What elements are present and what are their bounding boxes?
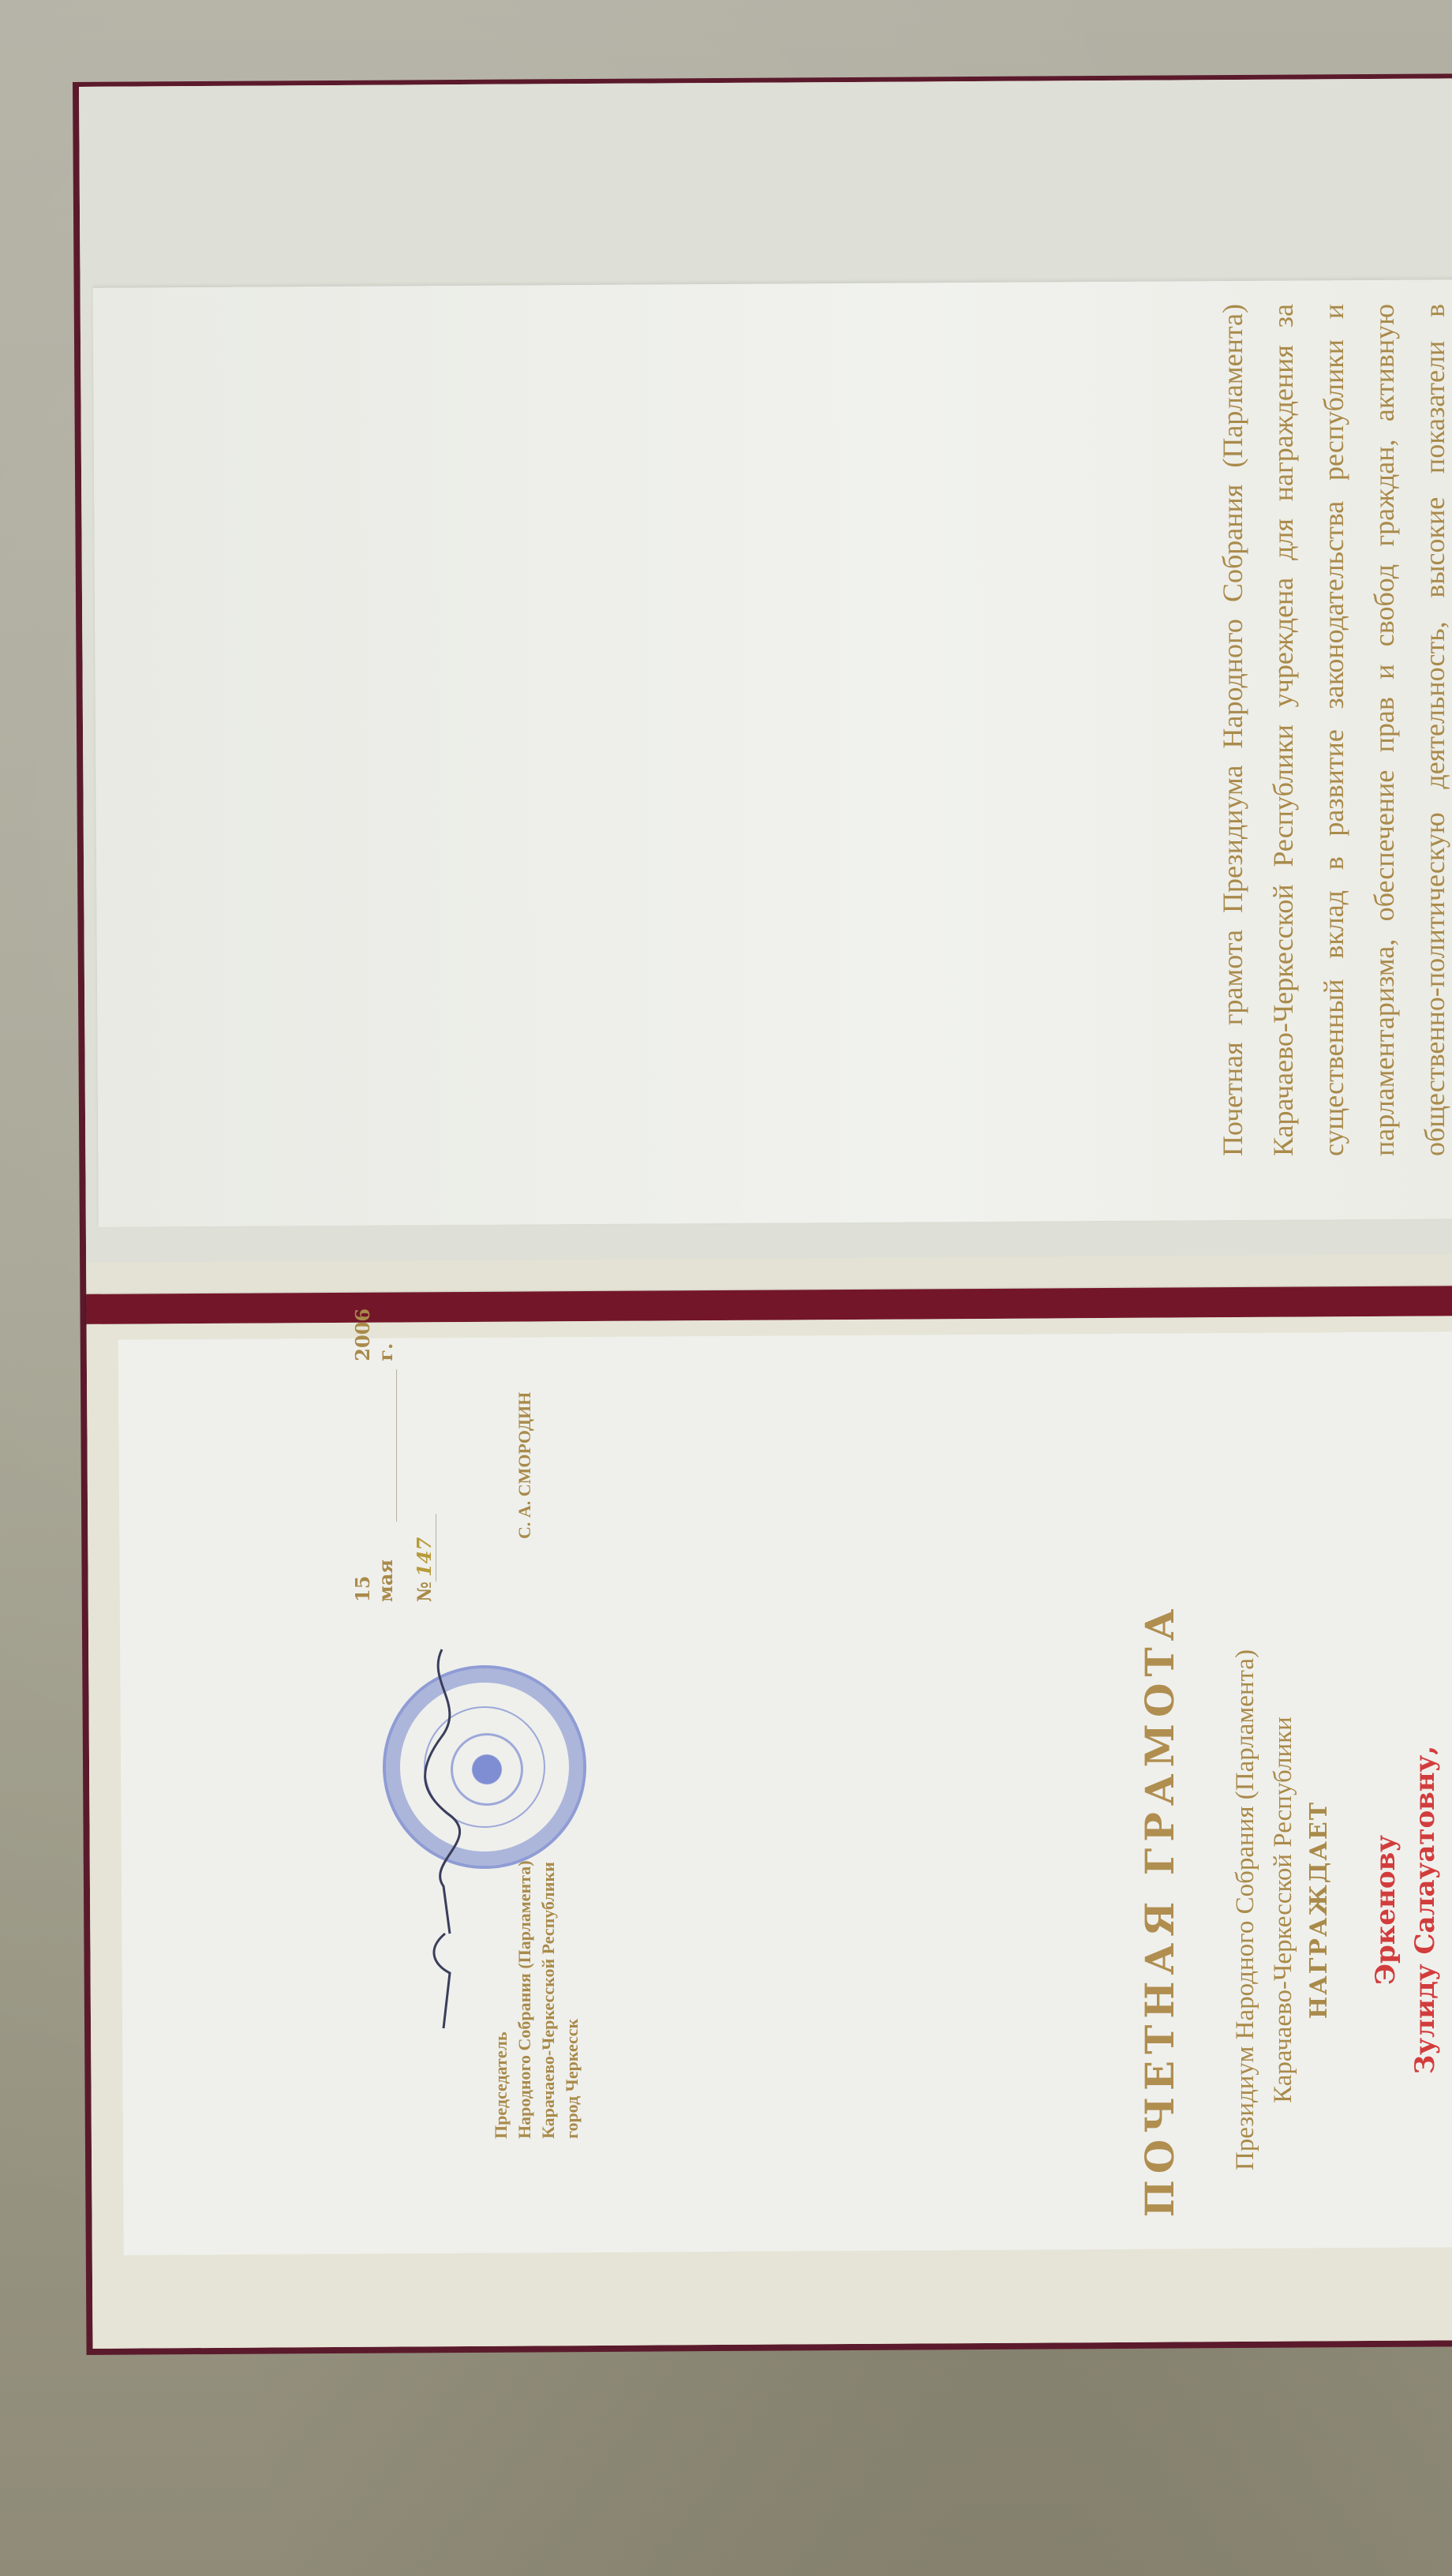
date-year: 2006 г.: [351, 1286, 397, 1361]
issuer: Президиум Народного Собрания (Парламента…: [1226, 1389, 1302, 2431]
certificate-body: ПОЧЕТНАЯ ГРАМОТА Президиум Народного Соб…: [1136, 1389, 1452, 2431]
description-text: Почетная грамота Президиума Народного Со…: [1207, 304, 1452, 1156]
recipient: Эркенову Зулиду Салауатовну,: [1366, 1389, 1445, 2431]
date-blank-line: [396, 1369, 397, 1522]
recipient-name: Зулиду Салауатовну,: [1405, 1389, 1445, 2431]
date-day-month: 15 мая: [351, 1529, 397, 1602]
signatory-block: Председатель Народного Собрания (Парламе…: [489, 1350, 584, 2139]
awards-verb: НАГРАЖДАЕТ: [1305, 1389, 1333, 2431]
signatory-name: С. А. СМОРОДИН: [513, 1392, 537, 1539]
number-label: №: [413, 1582, 436, 1602]
issuer-line-2: Карачаево-Черкесской Республики: [1264, 1389, 1302, 2431]
signature-icon: [395, 1618, 489, 2060]
city: город Черкесск: [560, 1350, 584, 2139]
issue-date-block: 15 мая 2006 г. № 147: [351, 1286, 436, 1602]
certificate-number: 147: [413, 1514, 436, 1582]
signatory-title-3: Карачаево-Черкесской Республики: [537, 1350, 560, 2139]
signatory-title-1: Председатель: [489, 1350, 513, 2139]
recipient-surname: Эркенову: [1366, 1389, 1405, 2431]
issuer-line-1: Президиум Народного Собрания (Парламента…: [1226, 1389, 1264, 2431]
certificate-title: ПОЧЕТНАЯ ГРАМОТА: [1136, 1389, 1183, 2431]
certificate-description: Почетная грамота Президиума Народного Со…: [1207, 304, 1452, 1156]
